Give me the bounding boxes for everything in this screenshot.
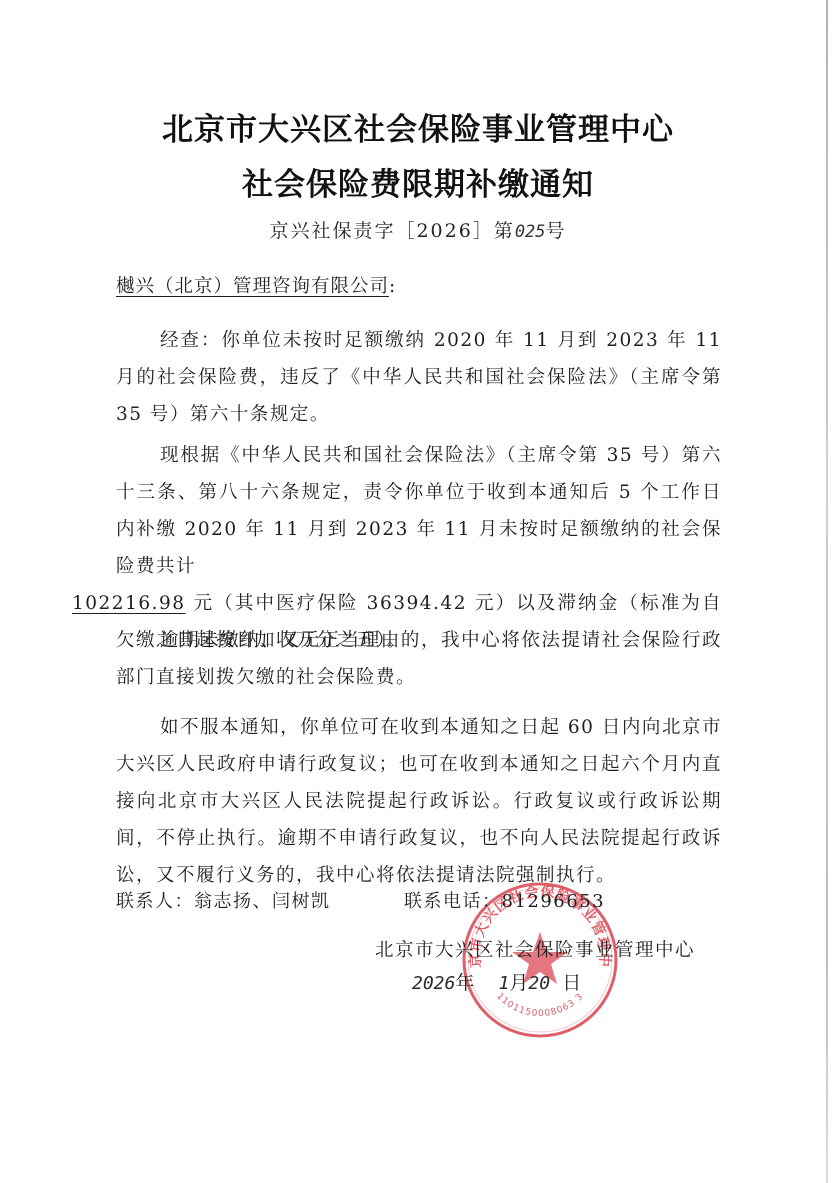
- document-title-org: 北京市大兴区社会保险事业管理中心: [0, 104, 836, 149]
- document-number-prefix: 京兴社保责字［2026］第: [269, 220, 514, 242]
- addressee-company: 樾兴（北京）管理咨询有限公司: [116, 276, 389, 297]
- contact-people-label: 联系人：: [116, 891, 194, 912]
- signature-organization: 北京市大兴区社会保险事业管理中心: [375, 936, 695, 962]
- signature-year-unit: 年: [455, 972, 474, 994]
- signature-day-unit: 日: [562, 972, 581, 994]
- contact-phone-number: 81296653: [502, 891, 606, 912]
- contact-phone: 联系电话：81296653: [404, 887, 605, 913]
- contact-people-names: 翁志扬、闫树凯: [194, 891, 331, 912]
- document-number-suffix: 号: [546, 220, 567, 242]
- seal-code: 1101150008063 3: [494, 991, 585, 1019]
- addressee-colon: :: [389, 276, 396, 297]
- signature-month-unit: 月: [509, 972, 528, 994]
- contact-phone-label: 联系电话：: [404, 891, 502, 912]
- signature-month: 1: [499, 973, 510, 994]
- signature-year: 2026: [412, 973, 455, 994]
- paragraph-finding: 经查：你单位未按时足额缴纳 2020 年 11 月到 2023 年 11 月的社…: [116, 322, 722, 433]
- signature-date: 2026年 1月20 日: [412, 968, 581, 995]
- order-text-before-amount: 现根据《中华人民共和国社会保险法》（主席令第 35 号）第六十三条、第八十六条规…: [116, 445, 722, 577]
- contact-people: 联系人：翁志扬、闫树凯: [116, 887, 331, 913]
- document-title-subject: 社会保险费限期补缴通知: [0, 159, 836, 204]
- total-amount: 102216.98: [72, 593, 186, 614]
- paragraph-appeal-rights: 如不服本通知，你单位可在收到本通知之日起 60 日内向北京市大兴区人民政府申请行…: [116, 709, 722, 894]
- addressee: 樾兴（北京）管理咨询有限公司:: [116, 272, 396, 298]
- paragraph-enforcement: 逾期未缴纳、又无正当理由的，我中心将依法提请社会保险行政部门直接划拨欠缴的社会保…: [116, 622, 722, 696]
- signature-day: 20: [528, 973, 550, 994]
- document-number: 京兴社保责字［2026］第025号: [0, 216, 836, 243]
- document-number-handwritten: 025: [515, 222, 546, 242]
